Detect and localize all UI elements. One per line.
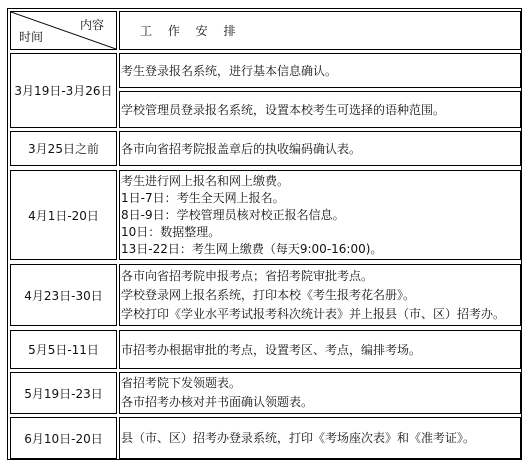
task-cell: 学校管理员登录报名系统，设置本校考生可选择的语种范围。 [119, 91, 521, 128]
task-line: 13日-22日：考生网上缴费（每天9:00-16:00)。 [121, 241, 520, 258]
date-label: 5月19日-23日 [24, 385, 103, 402]
task-line: 学校登录网上报名系统，打印本校《考生报考花名册》。 [121, 286, 520, 305]
task-line: 各市向省招考院报盖章后的执收编码确认表。 [121, 141, 520, 157]
date-cell: 4月23日-30日 [10, 264, 117, 326]
task-line: 10日：数据整理。 [121, 224, 520, 241]
date-label: 4月1日-20日 [28, 207, 99, 224]
date-cell: 4月1日-20日 [10, 170, 117, 260]
task-line: 学校打印《学业水平考试报考科次统计表》并上报县（市、区）招考办。 [121, 305, 520, 324]
header-content-label: 内容 [80, 16, 104, 33]
task-line: 考生登录报名系统，进行基本信息确认。 [121, 63, 520, 79]
header-title: 工 作 安 排 [140, 22, 241, 39]
task-line: 县（市、区）招考办登录系统，打印《考场座次表》和《准考证》。 [121, 430, 520, 446]
header-diagonal-cell: 内容 时间 [10, 11, 117, 50]
date-label: 3月19日-3月26日 [14, 82, 112, 99]
task-line: 市招考办根据审批的考点，设置考区、考点，编排考场。 [121, 342, 520, 358]
date-cell: 6月10日-20日 [10, 417, 117, 459]
task-cell: 考生进行网上报名和网上缴费。 1日-7日：考生全天网上报名。 8日-9日：学校管… [119, 170, 521, 260]
task-cell: 考生登录报名系统，进行基本信息确认。 [119, 53, 521, 88]
task-line: 考生进行网上报名和网上缴费。 [121, 173, 520, 190]
task-line: 省招考院下发领题表。 [121, 374, 520, 393]
task-line: 8日-9日：学校管理员核对校正报名信息。 [121, 207, 520, 224]
task-line: 各市招考办核对并书面确认领题表。 [121, 393, 520, 412]
task-cell: 各市向省招考院申报考点；省招考院审批考点。 学校登录网上报名系统，打印本校《考生… [119, 264, 521, 326]
date-cell: 3月19日-3月26日 [10, 53, 117, 128]
date-cell: 3月25日之前 [10, 131, 117, 166]
date-label: 6月10日-20日 [24, 430, 103, 447]
task-cell: 县（市、区）招考办登录系统，打印《考场座次表》和《准考证》。 [119, 417, 521, 459]
task-line: 学校管理员登录报名系统，设置本校考生可选择的语种范围。 [121, 102, 520, 118]
task-cell: 各市向省招考院报盖章后的执收编码确认表。 [119, 131, 521, 166]
date-label: 4月23日-30日 [24, 287, 103, 304]
date-cell: 5月5日-11日 [10, 330, 117, 369]
date-label: 5月5日-11日 [28, 341, 99, 358]
header-time-label: 时间 [19, 28, 43, 45]
header-title-cell: 工 作 安 排 [119, 11, 521, 50]
task-cell: 市招考办根据审批的考点，设置考区、考点，编排考场。 [119, 330, 521, 369]
task-cell: 省招考院下发领题表。 各市招考办核对并书面确认领题表。 [119, 372, 521, 414]
date-cell: 5月19日-23日 [10, 372, 117, 414]
task-line: 1日-7日：考生全天网上报名。 [121, 190, 520, 207]
date-label: 3月25日之前 [28, 140, 99, 157]
task-line: 各市向省招考院申报考点；省招考院审批考点。 [121, 267, 520, 286]
